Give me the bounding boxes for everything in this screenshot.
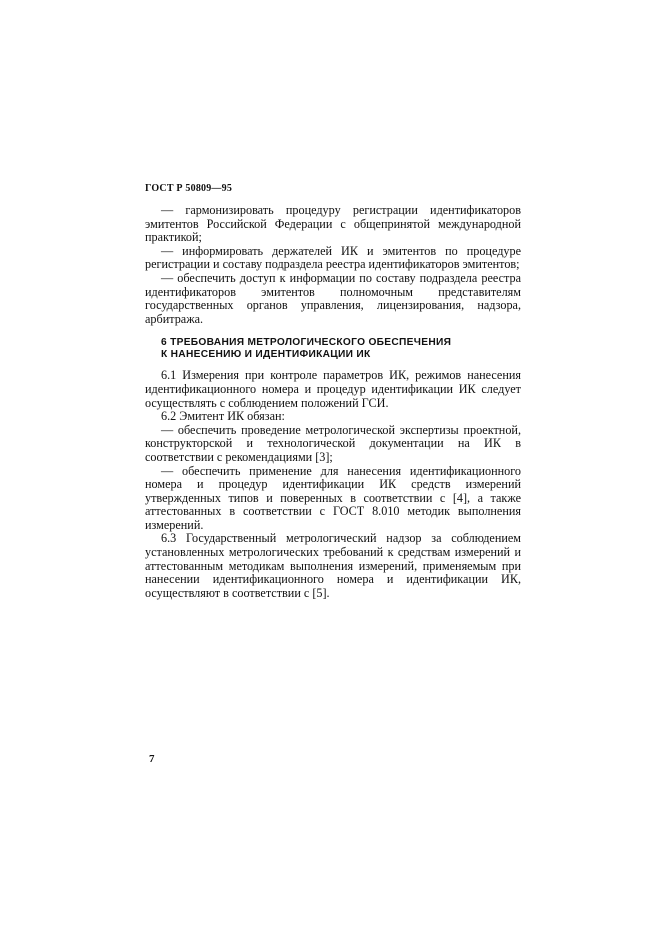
clause-6-3: 6.3 Государственный метрологический надз…: [145, 532, 521, 600]
clause-6-1: 6.1 Измерения при контроле параметров ИК…: [145, 369, 521, 410]
list-item: — гармонизировать процедуру регистрации …: [145, 204, 521, 245]
section-heading: 6 ТРЕБОВАНИЯ МЕТРОЛОГИЧЕСКОГО ОБЕСПЕЧЕНИ…: [145, 337, 521, 361]
clause-6-2: 6.2 Эмитент ИК обязан:: [145, 410, 521, 424]
list-item: — обеспечить применение для нанесения ид…: [145, 465, 521, 533]
document-body: — гармонизировать процедуру регистрации …: [145, 204, 521, 600]
list-item: — обеспечить доступ к информации по сост…: [145, 272, 521, 326]
page-number: 7: [149, 753, 155, 765]
list-item: — обеспечить проведение метрологической …: [145, 424, 521, 465]
section-heading-line-2: К НАНЕСЕНИЮ И ИДЕНТИФИКАЦИИ ИК: [161, 349, 521, 361]
list-item: — информировать держателей ИК и эмитенто…: [145, 245, 521, 272]
running-header: ГОСТ Р 50809—95: [145, 183, 232, 194]
section-heading-line-1: 6 ТРЕБОВАНИЯ МЕТРОЛОГИЧЕСКОГО ОБЕСПЕЧЕНИ…: [161, 337, 521, 349]
